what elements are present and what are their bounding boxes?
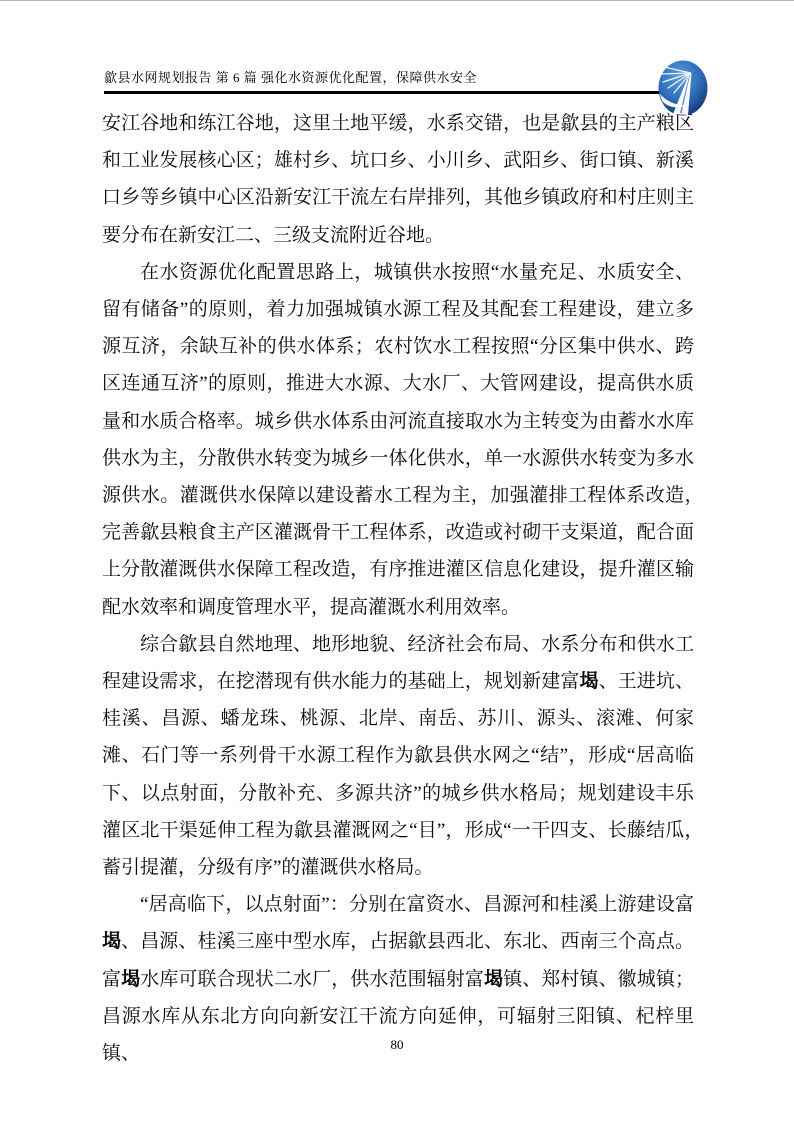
document-body: 安江谷地和练江谷地，这里土地平缓，水系交错，也是歙县的主产粮区和工业发展核心区；… [102,105,694,1072]
page-footer: 80 [0,1036,794,1054]
text-segment: “居高临下，以点射面”：分别在富资水、昌源河和桂溪上游建设富 [140,894,694,915]
text-segment: 水库可联合现状二水厂，供水范围辐射富 [140,969,484,990]
header-rule [104,91,702,94]
text-segment: 、王进坑、桂溪、昌源、蟠龙珠、桃源、北岸、南岳、苏川、源头、滚滩、何家滩、石门等… [102,671,713,878]
emphasized-char: 堨 [579,671,598,692]
document-page: 歙县水网规划报告 第 6 篇 强化水资源优化配置，保障供水安全 [0,0,794,1123]
emphasized-char: 堨 [102,931,121,952]
page-number: 80 [391,1037,404,1052]
paragraph: 在水资源优化配置思路上，城镇供水按照“水量充足、水质安全、留有储备”的原则，着力… [102,254,694,626]
emphasized-char: 堨 [121,969,140,990]
running-head: 歙县水网规划报告 第 6 篇 强化水资源优化配置，保障供水安全 [104,67,477,86]
paragraph: 安江谷地和练江谷地，这里土地平缓，水系交错，也是歙县的主产粮区和工业发展核心区；… [102,105,694,254]
emphasized-char: 堨 [484,969,503,990]
globe-road-logo-icon [658,60,708,116]
text-segment: 安江谷地和练江谷地，这里土地平缓，水系交错，也是歙县的主产粮区和工业发展核心区；… [102,113,694,246]
paragraph: 综合歙县自然地理、地形地貌、经济社会布局、水系分布和供水工程建设需求，在挖潜现有… [102,626,694,886]
text-segment: 在水资源优化配置思路上，城镇供水按照“水量充足、水质安全、留有储备”的原则，着力… [102,262,713,618]
